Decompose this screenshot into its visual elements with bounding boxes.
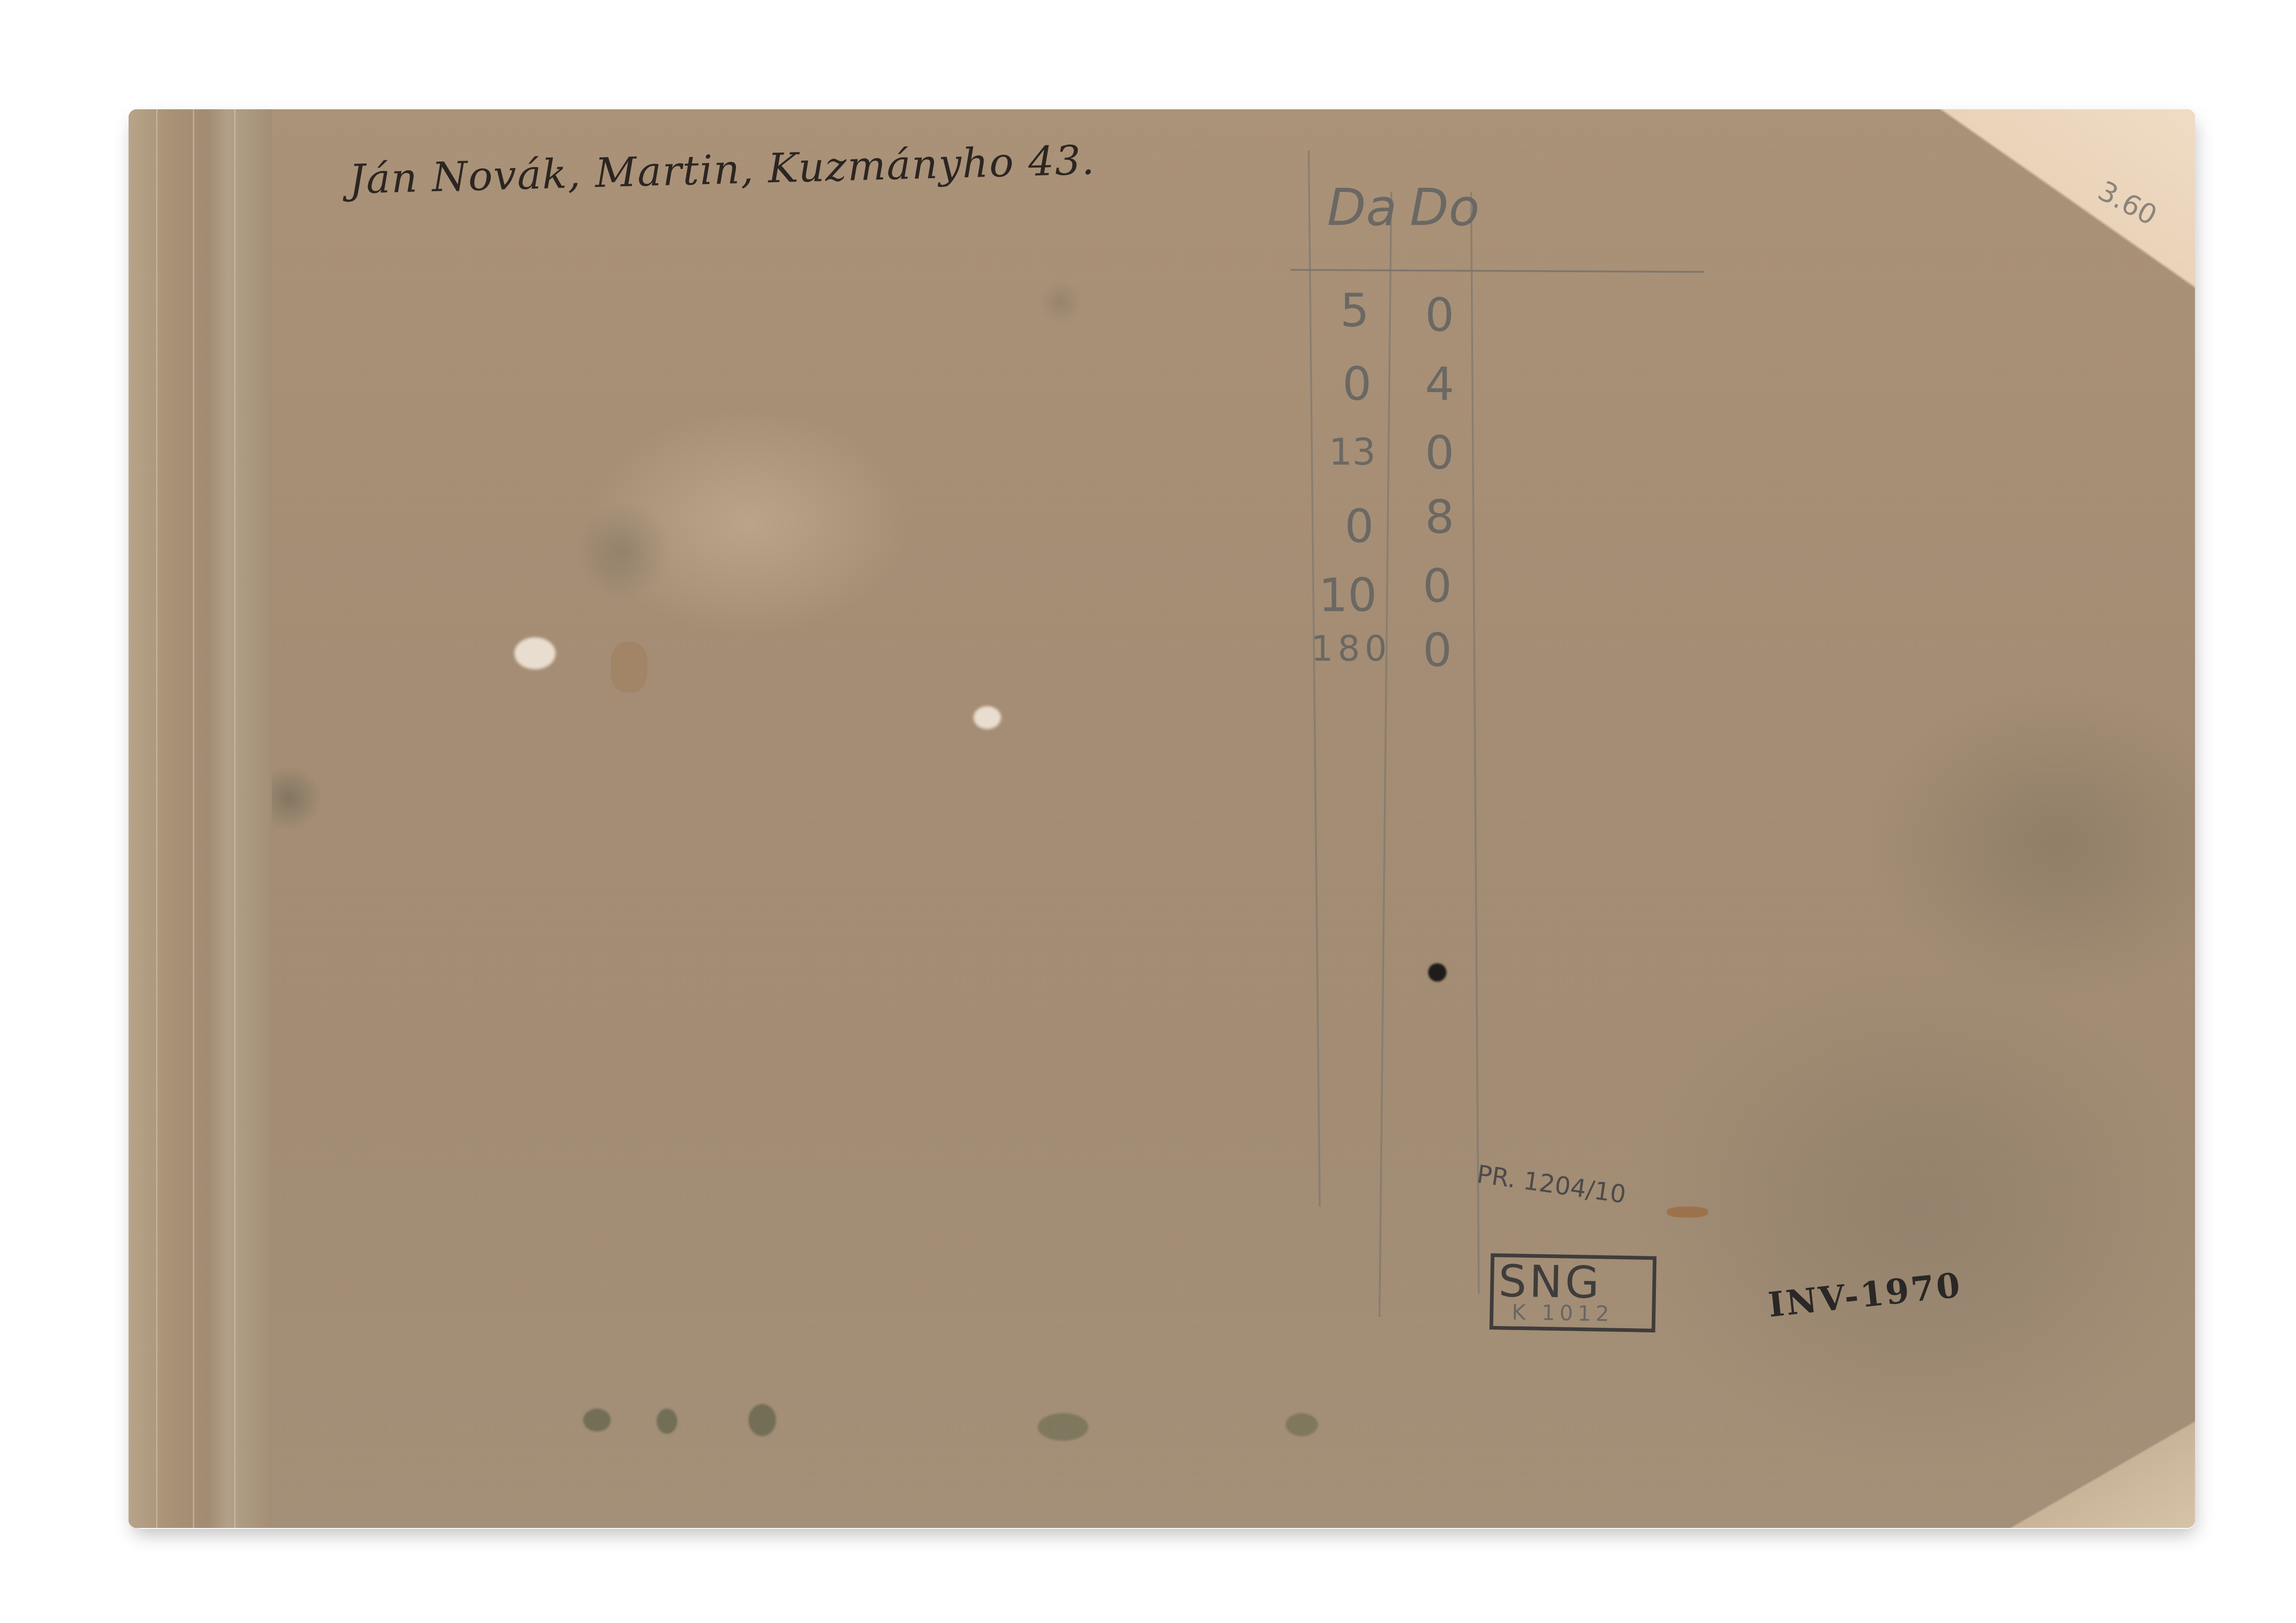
- worn-corner-bottom-right: [2002, 1376, 2195, 1528]
- table-cell: 0: [1325, 500, 1394, 553]
- inventory-number: INV-1970: [1767, 1265, 1964, 1325]
- sng-institution-stamp: SNG K 1012: [1490, 1253, 1657, 1332]
- spine-fold-line: [193, 109, 194, 1528]
- sketchbook-back-cover: Ján Novák, Martin, Kuzmányho 43. 3.60 Da…: [129, 109, 2195, 1528]
- ink-blot: [583, 1409, 611, 1432]
- binding-spine: [129, 109, 272, 1528]
- table-cell: 13: [1318, 431, 1387, 473]
- table-cell: 8: [1405, 490, 1474, 544]
- owner-inscription: Ján Novák, Martin, Kuzmányho 43.: [349, 136, 1096, 203]
- spine-fold-line: [156, 109, 158, 1528]
- table-header-da: Da: [1327, 178, 1397, 237]
- paper-damage: [974, 706, 1001, 729]
- table-cell: 5: [1320, 284, 1389, 337]
- table-cell: 0: [1322, 357, 1391, 411]
- table-cell: 0: [1405, 288, 1474, 342]
- table-cell: 10: [1313, 568, 1382, 622]
- table-column-rule: [1308, 151, 1321, 1207]
- rust-stain: [1667, 1207, 1708, 1218]
- table-cell: 0: [1403, 559, 1472, 613]
- table-header-rule: [1290, 269, 1704, 273]
- acquisition-number: PR. 1204/10: [1475, 1160, 1627, 1209]
- table-cell: 0: [1403, 623, 1472, 677]
- stamp-sub-number: K 1012: [1512, 1300, 1614, 1326]
- ink-smudge: [1038, 1413, 1088, 1441]
- table-cell: 4: [1405, 357, 1474, 411]
- table-cell: 180: [1311, 628, 1380, 669]
- ink-spot: [1428, 963, 1446, 982]
- paper-damage: [514, 637, 556, 669]
- worn-corner-top-right: [1938, 109, 2195, 320]
- rust-stain: [611, 642, 647, 692]
- ink-smudge: [1286, 1413, 1318, 1436]
- ink-blot: [748, 1404, 776, 1436]
- table-cell: 0: [1405, 426, 1474, 480]
- ink-blot: [657, 1409, 677, 1434]
- table-header-do: Do: [1410, 178, 1480, 237]
- spine-fold-line: [234, 109, 236, 1528]
